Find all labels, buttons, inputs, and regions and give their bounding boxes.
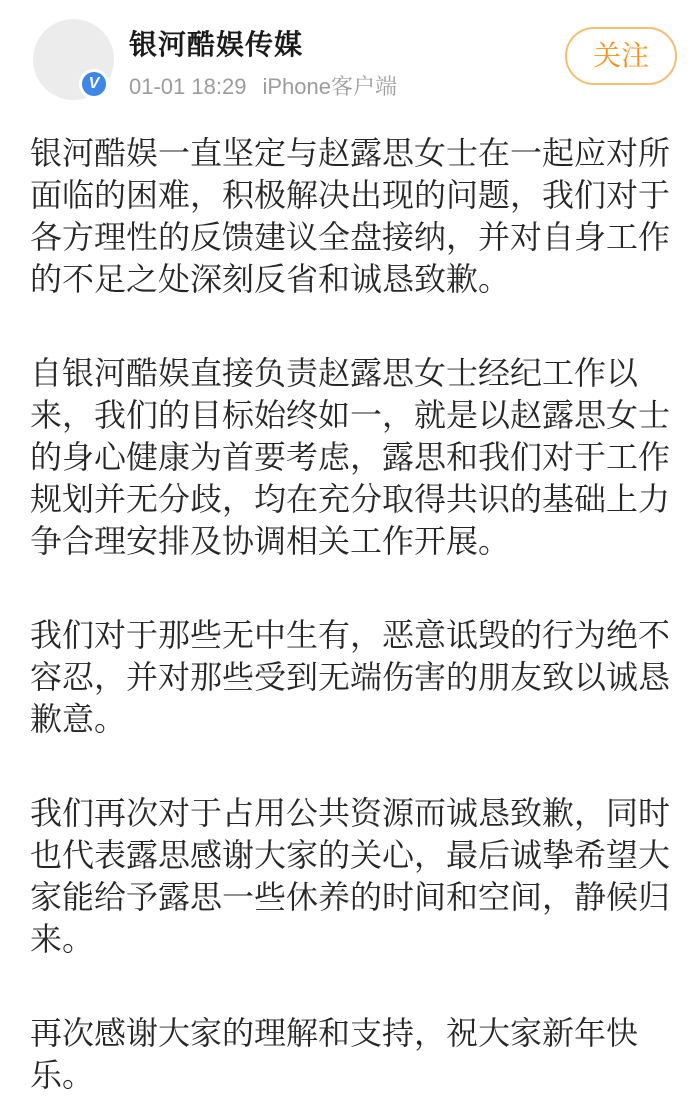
timestamp: 01-01 18:29 [129, 74, 246, 99]
verified-glyph: V [89, 75, 100, 92]
post-paragraph: 我们再次对于占用公共资源而诚恳致歉，同时 也代表露思感谢大家的关心，最后诚挚希望… [30, 792, 670, 960]
post-header: V 银河酷娱传媒 01-01 18:29iPhone客户端 关注 [0, 0, 700, 130]
post-paragraph: 我们对于那些无中生有，恶意诋毁的行为绝不 容忍，并对那些受到无端伤害的朋友致以诚… [30, 614, 670, 740]
post-body: 银河酷娱一直坚定与赵露思女士在一起应对所 面临的困难，积极解决出现的问题，我们对… [0, 130, 700, 1096]
author-name[interactable]: 银河酷娱传媒 [129, 23, 303, 63]
avatar[interactable]: V [33, 19, 114, 100]
client-source: iPhone客户端 [262, 74, 397, 99]
post-paragraph: 自银河酷娱直接负责赵露思女士经纪工作以 来，我们的目标始终如一，就是以赵露思女士… [30, 352, 670, 562]
post-paragraph: 再次感谢大家的理解和支持，祝大家新年快 乐。 [30, 1012, 670, 1096]
follow-button[interactable]: 关注 [565, 27, 677, 85]
post-meta: 01-01 18:29iPhone客户端 [129, 70, 397, 101]
verified-icon: V [79, 69, 109, 99]
post-paragraph: 银河酷娱一直坚定与赵露思女士在一起应对所 面临的困难，积极解决出现的问题，我们对… [30, 132, 670, 300]
weibo-post: V 银河酷娱传媒 01-01 18:29iPhone客户端 关注 银河酷娱一直坚… [0, 0, 700, 1096]
